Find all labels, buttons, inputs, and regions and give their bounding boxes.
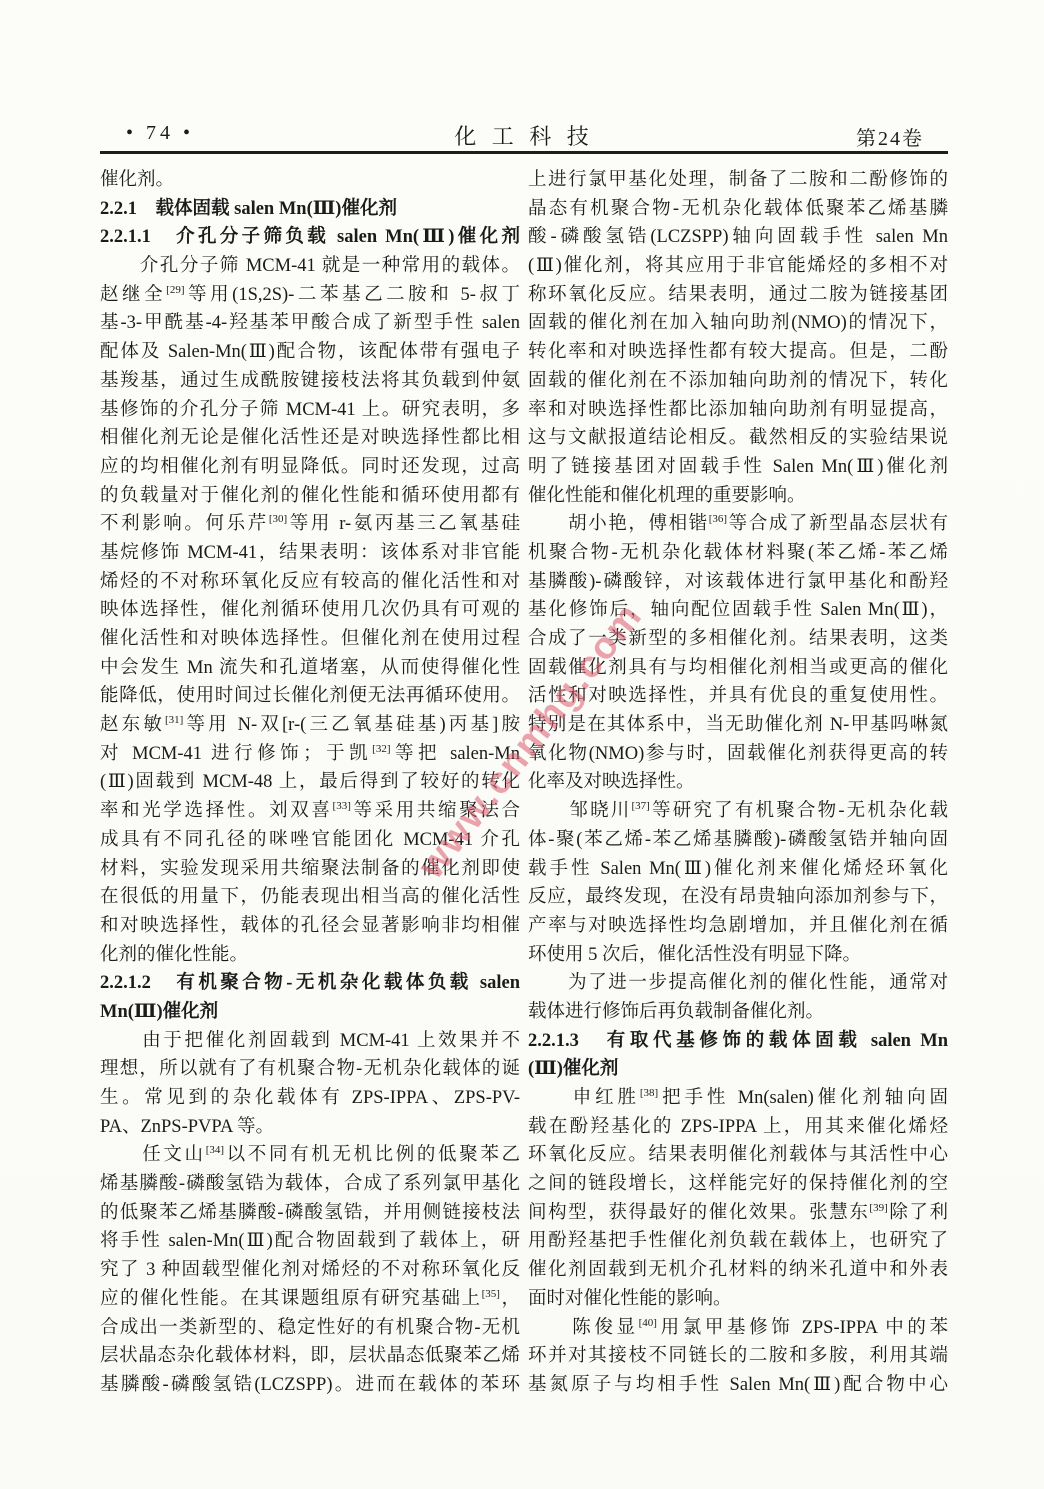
text-line: 为了进一步提高催化剂的催化性能，通常对 xyxy=(528,969,948,998)
text-line: 之间的链段增长，这样能完好的保持催化剂的空 xyxy=(528,1170,948,1199)
text-line: 基化修饰后，轴向配位固载手性 Salen Mn(Ⅲ)， xyxy=(528,596,948,625)
text-line: 能降低，使用时间过长催化剂便无法再循环使用。 xyxy=(100,682,520,711)
text-line: 载在酚羟基化的 ZPS-IPPA 上，用其来催化烯烃 xyxy=(528,1113,948,1142)
text-line: 配体及 Salen-Mn(Ⅲ)配合物，该配体带有强电子 xyxy=(100,338,520,367)
text-line: 2.2.1.3 有取代基修饰的载体固载 salen Mn xyxy=(528,1027,948,1056)
text-line: 陈俊显[40]用氯甲基修饰 ZPS-IPPA 中的苯 xyxy=(528,1314,948,1343)
text-line: 载体进行修饰后再负载制备催化剂。 xyxy=(528,998,948,1027)
header-rule xyxy=(100,151,948,154)
text-line: 胡小艳，傅相锴[36]等合成了新型晶态层状有 xyxy=(528,510,948,539)
text-line: 间构型，获得最好的催化效果。张慧东[39]除了利 xyxy=(528,1199,948,1228)
text-line: 上进行氯甲基化处理，制备了二胺和二酚修饰的 xyxy=(528,166,948,195)
text-line: 酸-磷酸氢锆(LCZSPP)轴向固载手性 salen Mn xyxy=(528,223,948,252)
text-line: Mn(Ⅲ)催化剂 xyxy=(100,998,520,1027)
volume-label: 第24卷 xyxy=(856,122,924,151)
text-line: 催化活性和对映体选择性。但催化剂在使用过程 xyxy=(100,625,520,654)
text-line: 和对映选择性，载体的孔径会显著影响非均相催 xyxy=(100,912,520,941)
text-line: 环并对其接枝不同链长的二胺和多胺，利用其端 xyxy=(528,1342,948,1371)
text-line: 赵东敏[31]等用 N-双[r-(三乙氧基硅基)丙基]胺 xyxy=(100,711,520,740)
text-line: 不利影响。何乐芹[30]等用 r-氨丙基三乙氧基硅 xyxy=(100,510,520,539)
text-line: 基膦酸)-磷酸锌，对该载体进行氯甲基化和酚羟 xyxy=(528,568,948,597)
text-line: PA、ZnPS-PVPA 等。 xyxy=(100,1113,520,1142)
text-line: 邹晓川[37]等研究了有机聚合物-无机杂化载 xyxy=(528,797,948,826)
text-line: 烯烃的不对称环氧化反应有较高的催化活性和对 xyxy=(100,568,520,597)
article-body: 催化剂。2.2.1 载体固载 salen Mn(Ⅲ)催化剂2.2.1.1 介孔分… xyxy=(100,166,948,1400)
text-line: 理想，所以就有了有机聚合物-无机杂化载体的诞 xyxy=(100,1055,520,1084)
text-line: 的负载量对于催化剂的催化性能和循环使用都有 xyxy=(100,482,520,511)
text-line: (Ⅲ)催化剂，将其应用于非官能烯烃的多相不对 xyxy=(528,252,948,281)
text-line: 成具有不同孔径的咪唑官能团化 MCM-41 介孔 xyxy=(100,826,520,855)
text-line: 基烷修饰 MCM-41，结果表明：该体系对非官能 xyxy=(100,539,520,568)
text-line: 的低聚苯乙烯基膦酸-磷酸氢锆，并用侧链接枝法 xyxy=(100,1199,520,1228)
text-line: 机聚合物-无机杂化载体材料聚(苯乙烯-苯乙烯 xyxy=(528,539,948,568)
text-line: 基膦酸-磷酸氢锆(LCZSPP)。进而在载体的苯环 xyxy=(100,1371,520,1400)
text-line: 固载的催化剂在不添加轴向助剂的情况下，转化 xyxy=(528,367,948,396)
text-line: 产率与对映选择性均急剧增加，并且催化剂在循 xyxy=(528,912,948,941)
left-column: 催化剂。2.2.1 载体固载 salen Mn(Ⅲ)催化剂2.2.1.1 介孔分… xyxy=(100,166,520,1400)
text-line: 这与文献报道结论相反。截然相反的实验结果说 xyxy=(528,424,948,453)
text-line: 催化剂固载到无机介孔材料的纳米孔道中和外表 xyxy=(528,1256,948,1285)
text-line: 特别是在其体系中，当无助催化剂 N-甲基吗啉氮 xyxy=(528,711,948,740)
text-line: 催化性能和催化机理的重要影响。 xyxy=(528,482,948,511)
text-line: 2.2.1.2 有机聚合物-无机杂化载体负载 salen xyxy=(100,969,520,998)
text-line: 化剂的催化性能。 xyxy=(100,941,520,970)
text-line: 2.2.1.1 介孔分子筛负载 salen Mn(Ⅲ)催化剂 xyxy=(100,223,520,252)
text-line: 合成了一类新型的多相催化剂。结果表明，这类 xyxy=(528,625,948,654)
text-line: 合成出一类新型的、稳定性好的有机聚合物-无机 xyxy=(100,1314,520,1343)
text-line: 固载的催化剂在加入轴向助剂(NMO)的情况下， xyxy=(528,309,948,338)
text-line: 赵继全[29]等用(1S,2S)-二苯基乙二胺和 5-叔丁 xyxy=(100,281,520,310)
text-line: 活性和对映选择性，并具有优良的重复使用性。 xyxy=(528,682,948,711)
text-line: 将手性 salen-Mn(Ⅲ)配合物固载到了载体上，研 xyxy=(100,1227,520,1256)
text-line: 催化剂。 xyxy=(100,166,520,195)
text-line: 映体选择性，催化剂循环使用几次仍具有可观的 xyxy=(100,596,520,625)
text-line: 体-聚(苯乙烯-苯乙烯基膦酸)-磷酸氢锆并轴向固 xyxy=(528,826,948,855)
text-line: 称环氧化反应。结果表明，通过二胺为链接基团 xyxy=(528,281,948,310)
text-line: 基-3-甲酰基-4-羟基苯甲酸合成了新型手性 salen xyxy=(100,309,520,338)
text-line: 用酚羟基把手性催化剂负载在载体上，也研究了 xyxy=(528,1227,948,1256)
text-line: 中会发生 Mn 流失和孔道堵塞，从而使得催化性 xyxy=(100,654,520,683)
text-line: 烯基膦酸-磷酸氢锆为载体，合成了系列氯甲基化 xyxy=(100,1170,520,1199)
text-line: 生。常见到的杂化载体有 ZPS-IPPA、ZPS-PV- xyxy=(100,1084,520,1113)
text-line: 基氮原子与均相手性 Salen Mn(Ⅲ)配合物中心 xyxy=(528,1371,948,1400)
text-line: 应的催化性能。在其课题组原有研究基础上[35]， xyxy=(100,1285,520,1314)
journal-page: • 74 • 化 工 科 技 第24卷 催化剂。2.2.1 载体固载 salen… xyxy=(0,0,1044,1489)
text-line: 在很低的用量下，仍能表现出相当高的催化活性 xyxy=(100,883,520,912)
text-line: 率和对映选择性都比添加轴向助剂有明显提高， xyxy=(528,396,948,425)
text-line: 层状晶态杂化载体材料，即，层状晶态低聚苯乙烯 xyxy=(100,1342,520,1371)
text-line: 对 MCM-41 进行修饰；于凯[32]等把 salen-Mn xyxy=(100,740,520,769)
text-line: 应的均相催化剂有明显降低。同时还发现，过高 xyxy=(100,453,520,482)
text-line: 氧化物(NMO)参与时，固载催化剂获得更高的转 xyxy=(528,740,948,769)
right-column: 上进行氯甲基化处理，制备了二胺和二酚修饰的晶态有机聚合物-无机杂化载体低聚苯乙烯… xyxy=(528,166,948,1400)
text-line: 明了链接基团对固载手性 Salen Mn(Ⅲ)催化剂 xyxy=(528,453,948,482)
text-line: 材料，实验发现采用共缩聚法制备的催化剂即使 xyxy=(100,855,520,884)
text-line: 究了 3 种固载型催化剂对烯烃的不对称环氧化反 xyxy=(100,1256,520,1285)
text-line: (Ⅲ)固载到 MCM-48 上，最后得到了较好的转化 xyxy=(100,768,520,797)
text-line: 2.2.1 载体固载 salen Mn(Ⅲ)催化剂 xyxy=(100,195,520,224)
text-line: 相催化剂无论是催化活性还是对映选择性都比相 xyxy=(100,424,520,453)
text-line: 反应，最终发现，在没有昂贵轴向添加剂参与下， xyxy=(528,883,948,912)
text-line: 介孔分子筛 MCM-41 就是一种常用的载体。 xyxy=(100,252,520,281)
text-line: 面时对催化性能的影响。 xyxy=(528,1285,948,1314)
text-line: 环使用 5 次后，催化活性没有明显下降。 xyxy=(528,941,948,970)
text-line: 固载催化剂具有与均相催化剂相当或更高的催化 xyxy=(528,654,948,683)
text-line: 转化率和对映选择性都有较大提高。但是，二酚 xyxy=(528,338,948,367)
text-line: 晶态有机聚合物-无机杂化载体低聚苯乙烯基膦 xyxy=(528,195,948,224)
text-line: (Ⅲ)催化剂 xyxy=(528,1055,948,1084)
text-line: 基羧基，通过生成酰胺键接枝法将其负载到仲氨 xyxy=(100,367,520,396)
text-line: 载手性 Salen Mn(Ⅲ)催化剂来催化烯烃环氧化 xyxy=(528,855,948,884)
page-header: • 74 • 化 工 科 技 第24卷 xyxy=(100,120,948,148)
text-line: 由于把催化剂固载到 MCM-41 上效果并不 xyxy=(100,1027,520,1056)
journal-title: 化 工 科 技 xyxy=(100,120,948,151)
text-line: 率和光学选择性。刘双喜[33]等采用共缩聚法合 xyxy=(100,797,520,826)
text-line: 申红胜[38]把手性 Mn(salen)催化剂轴向固 xyxy=(528,1084,948,1113)
text-line: 环氧化反应。结果表明催化剂载体与其活性中心 xyxy=(528,1141,948,1170)
text-line: 化率及对映选择性。 xyxy=(528,768,948,797)
text-line: 基修饰的介孔分子筛 MCM-41 上。研究表明，多 xyxy=(100,396,520,425)
text-line: 任文山[34]以不同有机无机比例的低聚苯乙 xyxy=(100,1141,520,1170)
